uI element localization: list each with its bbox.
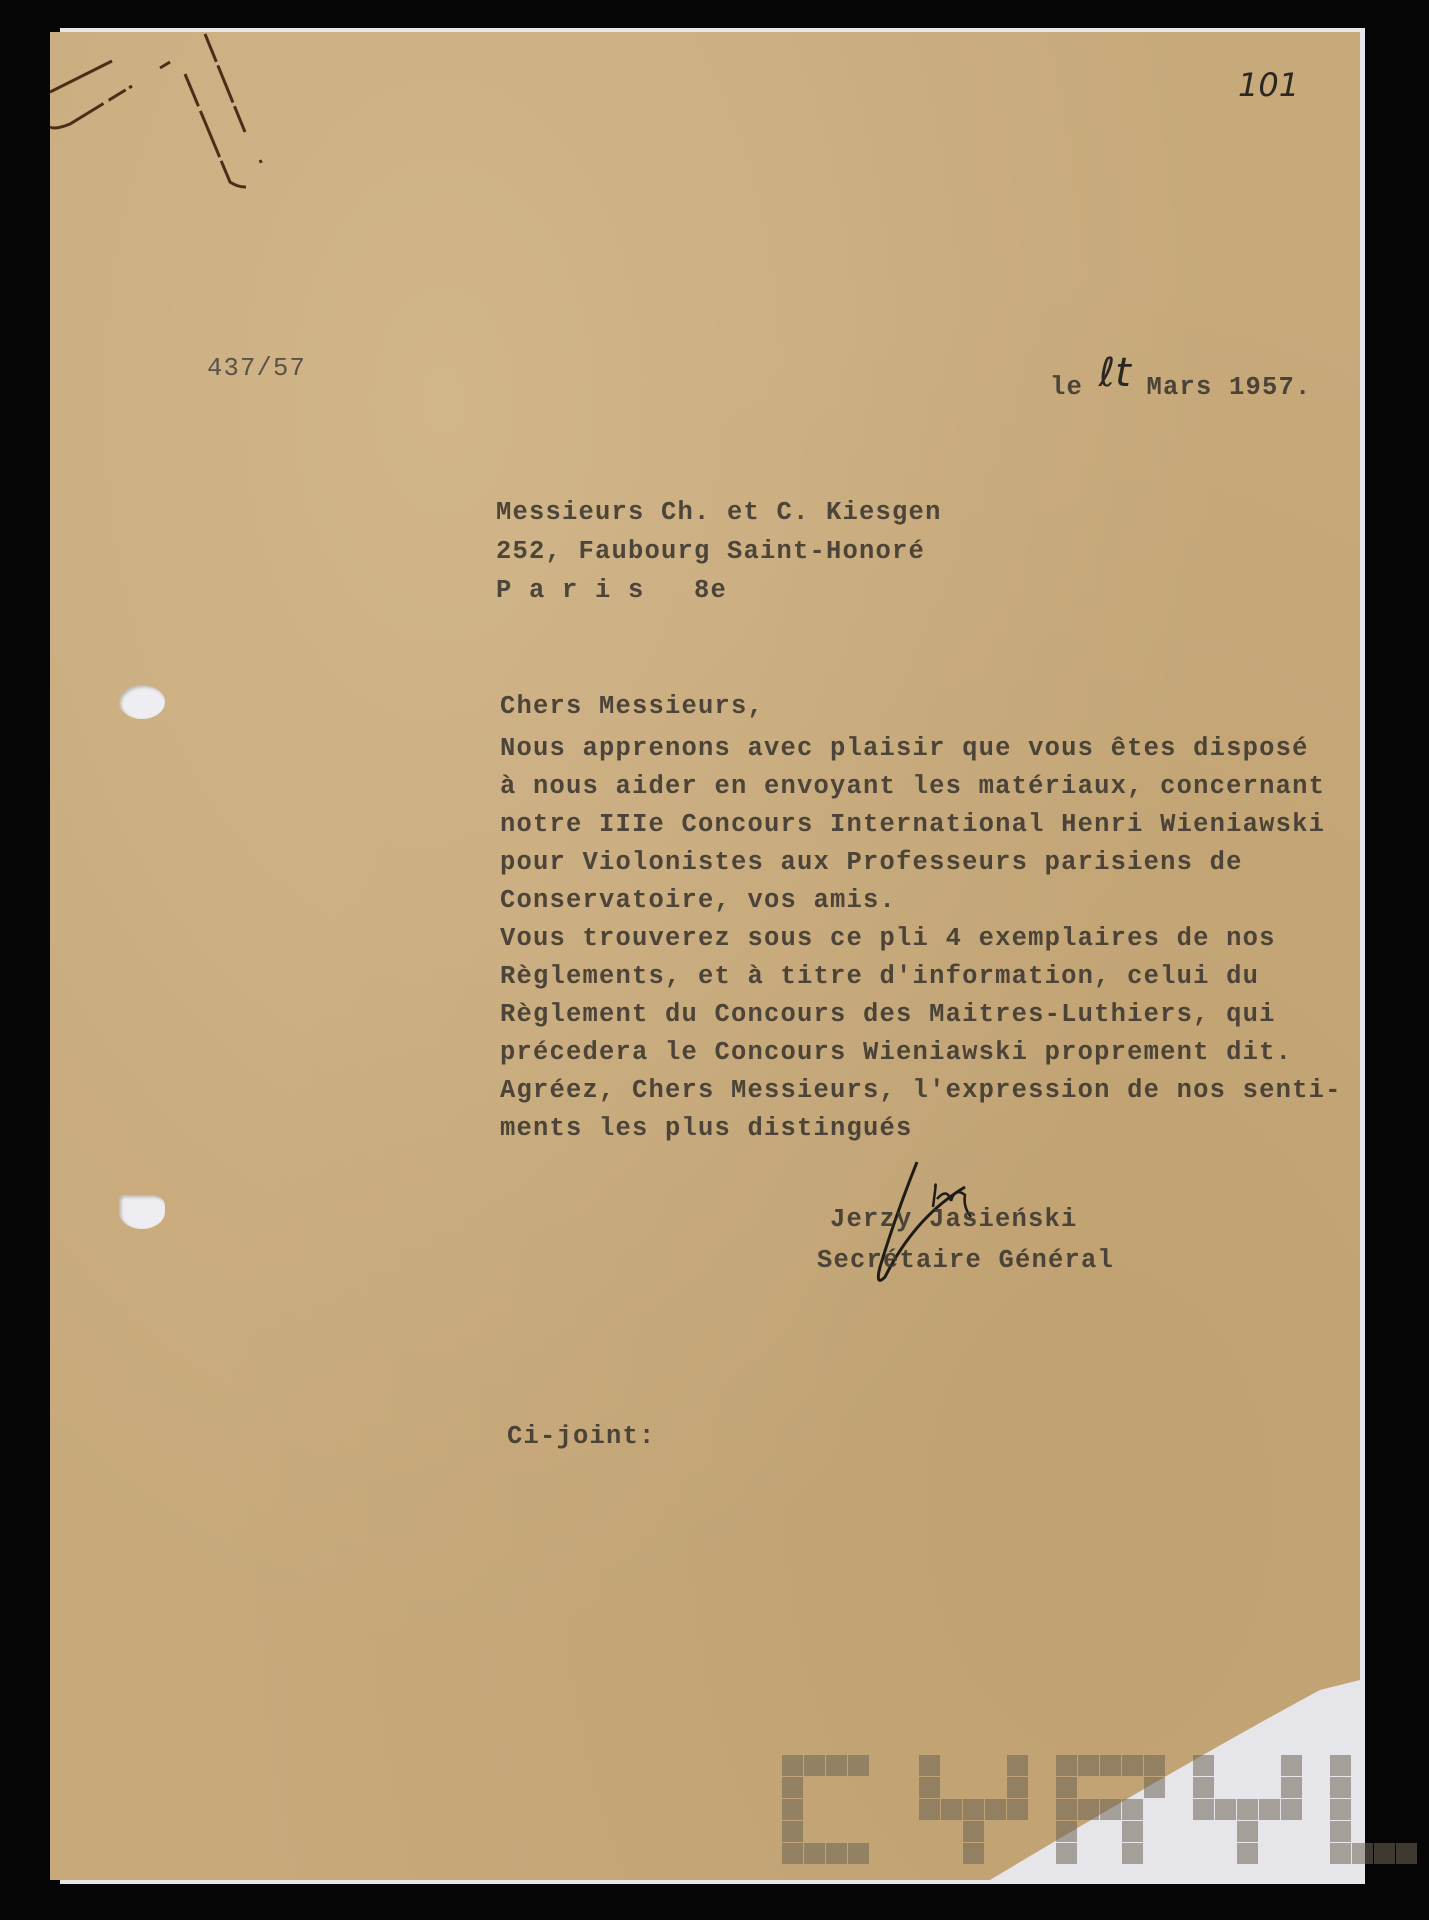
letter-page: 101 437/57 le ℓt Mars 1957. Messieurs Ch… xyxy=(50,32,1360,1880)
paperclip-mark-icon xyxy=(50,32,310,212)
body-line: notre IIIe Concours International Henri … xyxy=(500,806,1325,844)
page-number: 101 xyxy=(1238,66,1299,104)
body-line: Règlements, et à titre d'information, ce… xyxy=(500,958,1259,996)
body-line: Conservatoire, vos amis. xyxy=(500,882,896,920)
body-line: à nous aider en envoyant les matériaux, … xyxy=(500,768,1325,806)
recipient-line1: Messieurs Ch. et C. Kiesgen xyxy=(496,498,942,527)
body-line: Agréez, Chers Messieurs, l'expression de… xyxy=(500,1072,1342,1110)
date-month-year: Mars 1957. xyxy=(1146,373,1311,402)
body-line: Règlement du Concours des Maitres-Luthie… xyxy=(500,996,1276,1034)
salutation: Chers Messieurs, xyxy=(500,692,764,721)
date-prefix: le xyxy=(1050,373,1083,402)
body-line: pour Violonistes aux Professeurs parisie… xyxy=(500,844,1243,882)
cyryl-watermark xyxy=(782,1755,1429,1864)
body-line: Nous apprenons avec plaisir que vous ête… xyxy=(500,730,1309,768)
signatory-title: Secrétaire Général xyxy=(817,1246,1114,1275)
body-line: précedera le Concours Wieniawski proprem… xyxy=(500,1034,1292,1072)
watermark-letter-c xyxy=(782,1755,891,1864)
letter-date: le ℓt Mars 1957. xyxy=(1050,358,1311,404)
recipient-line3: P a r i s 8e xyxy=(496,576,727,605)
date-day-handwritten: ℓt xyxy=(1099,350,1131,396)
punch-hole-top xyxy=(119,685,165,719)
reference-number: 437/57 xyxy=(207,354,306,383)
watermark-letter-l xyxy=(1330,1755,1429,1864)
signatory-name: Jerzy Jasieński xyxy=(830,1205,1078,1234)
body-line: Vous trouverez sous ce pli 4 exemplaires… xyxy=(500,920,1276,958)
watermark-letter-y xyxy=(919,1755,1028,1864)
punch-hole-bottom xyxy=(119,1195,165,1229)
body-line: ments les plus distingués xyxy=(500,1110,913,1148)
recipient-line2: 252, Faubourg Saint-Honoré xyxy=(496,537,925,566)
enclosure-label: Ci-joint: xyxy=(507,1422,656,1451)
watermark-letter-y2 xyxy=(1193,1755,1302,1864)
watermark-letter-r xyxy=(1056,1755,1165,1864)
